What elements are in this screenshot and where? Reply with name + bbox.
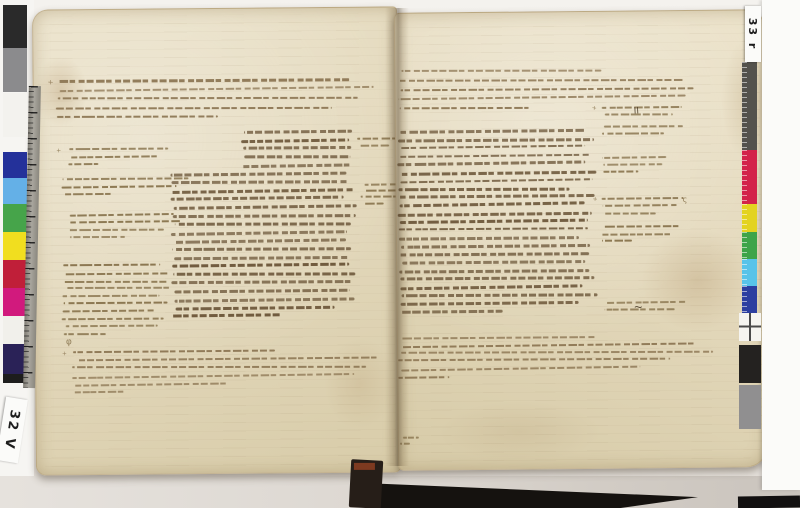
calibration-patch-green — [3, 204, 27, 232]
right-margin-note-4-line — [602, 197, 684, 200]
left-page-main-text-line — [174, 239, 346, 244]
right-page-top-scholia-line — [400, 107, 529, 110]
left-page-bottom-scholia-line — [73, 390, 125, 393]
right-margin-note-5-line — [603, 225, 680, 228]
left-margin-note-2-line — [62, 177, 188, 180]
right-margin-note-2-line — [602, 132, 664, 134]
right-page-main-text-line — [398, 211, 592, 216]
flourish-mark: φ — [66, 338, 72, 347]
left-page-main-text-line — [173, 214, 356, 218]
left-page-main-text-line — [173, 273, 355, 276]
left-page-main-text-line — [172, 314, 281, 318]
backing-strip-right — [762, 0, 800, 490]
right-page-top-scholia-line — [401, 87, 694, 91]
left-margin-note-4-line — [62, 294, 159, 297]
right-margin-note-4-line — [601, 212, 655, 214]
calibration-patch-yellow — [3, 232, 27, 260]
calibration-patch-light-blue — [3, 178, 27, 204]
left-page-bottom-scholia-line — [72, 366, 366, 369]
left-margin-note-4-line — [63, 264, 160, 267]
calibration-patch-gray — [3, 48, 27, 92]
left-page-top-scholia-line — [56, 107, 332, 110]
calibration-patch-black — [3, 5, 27, 48]
calibration-squares-right — [739, 0, 761, 440]
left-page-main-text-line — [174, 205, 357, 210]
left-margin-note-1-line — [69, 155, 158, 158]
right-page-main-text-line — [401, 284, 583, 290]
parchment-stain — [439, 400, 602, 464]
left-margin-note-3-line — [70, 220, 181, 224]
left-margin-note-4-line — [63, 280, 167, 282]
left-page-main-text-line — [171, 196, 344, 201]
parchment-stain — [641, 228, 754, 331]
scholion-cross-mark: + — [47, 79, 53, 86]
left-margin-note-4-line — [64, 302, 168, 305]
left-page-main-text-upper-line — [244, 155, 350, 158]
right-page-bottom-scholia-line — [401, 336, 595, 340]
right-page-main-text-line — [399, 188, 570, 192]
left-page-main-text-line — [172, 180, 349, 184]
left-page-main-text-upper-line — [242, 163, 351, 168]
calibration-patch-white — [3, 93, 27, 137]
right-page-bottom-scholia-line — [401, 342, 695, 348]
left-page-main-text-upper-line — [244, 130, 352, 134]
calibration-patch-magenta — [3, 288, 27, 316]
right-page-main-text-line — [397, 161, 586, 166]
right-page-top-scholia-line — [398, 95, 685, 101]
left-page-top-scholia-line — [57, 97, 357, 100]
folio-edge-label-left-text: 32 V — [1, 409, 22, 452]
left-margin-note-1-line — [69, 148, 168, 151]
right-page-main-text-line — [398, 138, 594, 142]
left-page-main-text-line — [174, 256, 349, 260]
background-shadow-corner — [738, 495, 800, 508]
calibration-patch-dark-blue — [3, 152, 27, 178]
left-page-main-text-upper-line — [241, 138, 349, 143]
left-page-main-text-line — [171, 172, 347, 177]
scholion-cross-mark: + — [592, 197, 597, 203]
right-page-main-text-line — [399, 269, 589, 273]
right-margin-note-3-line — [603, 170, 638, 172]
left-page-top-scholia-line — [56, 116, 217, 119]
left-margin-note-3-line — [68, 229, 164, 232]
left-page-main-text-line — [174, 297, 354, 302]
left-page-top-scholia-line — [59, 85, 373, 91]
right-page-bottom-scholia-line — [402, 365, 641, 371]
right-margin-note-1-line — [602, 106, 682, 109]
right-page-main-text-line — [400, 276, 594, 280]
calibration-patch-red — [3, 260, 27, 288]
right-page-main-text-line — [399, 252, 589, 256]
right-page-main-text-line — [401, 301, 579, 306]
left-margin-note-3-line — [70, 236, 125, 238]
folio-edge-label-right-text: 33 r — [747, 18, 760, 51]
left-margin-note-4-line — [64, 273, 168, 276]
right-page-main-text-line — [402, 260, 585, 265]
left-page-main-text-line — [172, 247, 351, 251]
flourish-mark: ς — [683, 196, 688, 204]
left-page-bottom-scholia-line — [76, 357, 377, 362]
right-page-main-text-line — [400, 170, 596, 175]
folio-edge-label-right: 33 r — [745, 6, 761, 62]
left-margin-note-3-line — [69, 213, 173, 217]
left-gutter-note-2-line — [363, 203, 384, 205]
right-page-main-text-line — [398, 194, 594, 199]
right-margin-note-4-line — [603, 204, 677, 207]
right-page-folio-33r: ΙΙ++ς~ — [394, 9, 768, 471]
quire-number-mark: ΙΙ — [634, 107, 640, 116]
left-page-bottom-scholia-line — [72, 373, 354, 379]
left-page-main-text-line — [174, 289, 349, 294]
right-page-main-text-line — [400, 129, 585, 134]
right-page-main-text-line — [400, 218, 588, 223]
crosshair-patch — [739, 313, 761, 341]
scholion-cross-mark: + — [62, 351, 68, 358]
left-margin-note-1-line — [68, 163, 98, 166]
gutter-shadow — [385, 8, 409, 466]
left-margin-note-2-line — [63, 193, 112, 195]
right-page-top-scholia-line — [401, 70, 601, 72]
gray-square — [739, 385, 761, 429]
scholion-cross-mark: + — [56, 148, 61, 154]
right-page-main-text-line — [399, 202, 584, 208]
left-page-main-text-line — [172, 280, 352, 284]
left-margin-note-4-line — [64, 333, 106, 335]
right-page-main-text-line — [401, 145, 585, 150]
left-page-main-text-line — [172, 188, 354, 194]
left-page-main-text-line — [175, 306, 334, 310]
spine-leather — [354, 463, 375, 470]
right-page-main-text-line — [400, 178, 592, 184]
ruling-lines — [399, 16, 763, 463]
right-page-main-text-line — [399, 236, 579, 240]
left-page-bottom-scholia-line — [75, 383, 229, 388]
right-margin-note-6-line — [605, 300, 685, 303]
scholion-cross-mark: + — [592, 106, 597, 112]
left-margin-note-4-line — [65, 324, 157, 327]
left-margin-note-4-line — [63, 310, 156, 313]
left-page-main-text-line — [171, 230, 347, 236]
spine — [349, 459, 383, 508]
left-page-main-text-upper-line — [243, 146, 351, 149]
right-margin-note-5-line — [601, 233, 672, 235]
right-page-top-scholia-line — [399, 79, 683, 82]
left-margin-note-4-line — [65, 287, 170, 290]
right-page-bottom-scholia-line — [401, 350, 713, 353]
right-margin-note-3-line — [602, 156, 666, 159]
left-page-bottom-scholia-line — [73, 350, 275, 354]
left-margin-note-4-line — [62, 318, 164, 321]
left-margin-note-2-line — [62, 185, 177, 189]
left-page-top-scholia-line — [58, 78, 350, 82]
right-margin-note-2-line — [604, 125, 683, 127]
right-page-main-text-line — [399, 227, 588, 231]
ink-blot-mark: ~ — [633, 301, 643, 312]
left-page-folio-32v: +++φ — [32, 6, 401, 475]
right-page-main-text-line — [400, 309, 503, 313]
right-page-main-text-line — [400, 154, 590, 159]
left-page-main-text-line — [172, 263, 349, 268]
right-margin-note-3-line — [603, 163, 662, 166]
left-page-main-text-line — [175, 223, 351, 226]
manuscript-photo: +++φ ΙΙ++ς~ 32 V 33 r — [0, 0, 800, 508]
black-square — [739, 345, 761, 383]
right-margin-note-5-line — [602, 239, 632, 241]
right-page-bottom-scholia-line — [399, 358, 671, 362]
right-page-main-text-line — [401, 293, 597, 297]
right-page-main-text-line — [401, 244, 590, 248]
